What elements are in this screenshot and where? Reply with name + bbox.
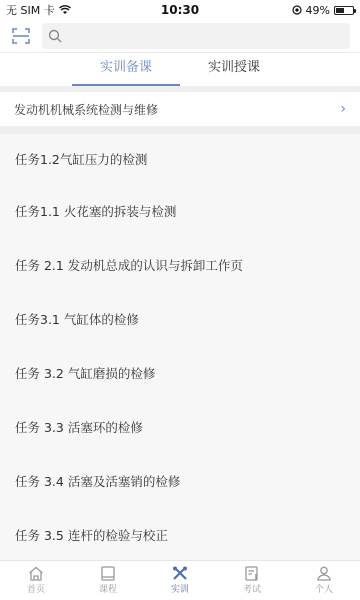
tabbar-home[interactable]: 首页 [0, 561, 72, 600]
wifi-icon [59, 5, 71, 15]
status-right: 49% [234, 4, 354, 17]
tab-training-prep[interactable]: 实训备课 [72, 53, 180, 86]
task-item[interactable]: 任务 2.1 发动机总成的认识与拆卸工作页 [0, 238, 360, 292]
tabbar-course[interactable]: 课程 [72, 561, 144, 600]
clock: 10:30 [161, 3, 199, 17]
tabbar-label: 实训 [171, 582, 189, 595]
course-selector[interactable]: 发动机机械系统检测与维修 › [0, 92, 360, 126]
task-item[interactable]: 任务 3.4 活塞及活塞销的检修 [0, 454, 360, 508]
search-field[interactable] [68, 29, 350, 44]
task-item[interactable]: 任务1.1 火花塞的拆装与检测 [0, 184, 360, 238]
task-item[interactable]: 任务 3.2 气缸磨损的检修 [0, 346, 360, 400]
scan-icon[interactable] [12, 28, 30, 44]
task-item[interactable]: 任务1.2气缸压力的检测 [0, 134, 360, 184]
search-input[interactable] [42, 23, 350, 49]
battery-percent: 49% [306, 4, 330, 17]
user-icon [316, 566, 332, 581]
tab-training-teach[interactable]: 实训授课 [180, 53, 288, 86]
status-bar: 无 SIM 卡 10:30 49% [0, 0, 360, 20]
tabbar-label: 个人 [315, 582, 333, 595]
tabbar-label: 首页 [27, 582, 45, 595]
task-item[interactable]: 任务 3.5 连杆的检验与校正 [0, 508, 360, 562]
task-list: 任务1.2气缸压力的检测 任务1.1 火花塞的拆装与检测 任务 2.1 发动机总… [0, 134, 360, 562]
task-item[interactable]: 任务3.1 气缸体的检修 [0, 292, 360, 346]
carrier-label: 无 SIM 卡 [6, 2, 55, 18]
search-bar [0, 20, 360, 52]
search-icon [48, 29, 62, 43]
book-icon [100, 566, 116, 581]
course-title: 发动机机械系统检测与维修 [14, 101, 158, 118]
segment-tabs: 实训备课 实训授课 [0, 52, 360, 86]
task-item[interactable]: 任务 3.3 活塞环的检修 [0, 400, 360, 454]
tabbar-label: 课程 [99, 582, 117, 595]
tabbar-label: 考试 [243, 582, 261, 595]
status-left: 无 SIM 卡 [6, 2, 126, 18]
orientation-lock-icon [292, 5, 302, 15]
tools-icon [172, 566, 188, 581]
bottom-tab-bar: 首页 课程 实训 考试 个人 [0, 560, 360, 600]
exam-icon [244, 566, 260, 581]
home-icon [28, 566, 44, 581]
chevron-right-icon: › [340, 101, 346, 117]
tabbar-exam[interactable]: 考试 [216, 561, 288, 600]
divider [0, 126, 360, 134]
tabbar-training[interactable]: 实训 [144, 561, 216, 600]
battery-icon [334, 6, 354, 15]
tabbar-profile[interactable]: 个人 [288, 561, 360, 600]
